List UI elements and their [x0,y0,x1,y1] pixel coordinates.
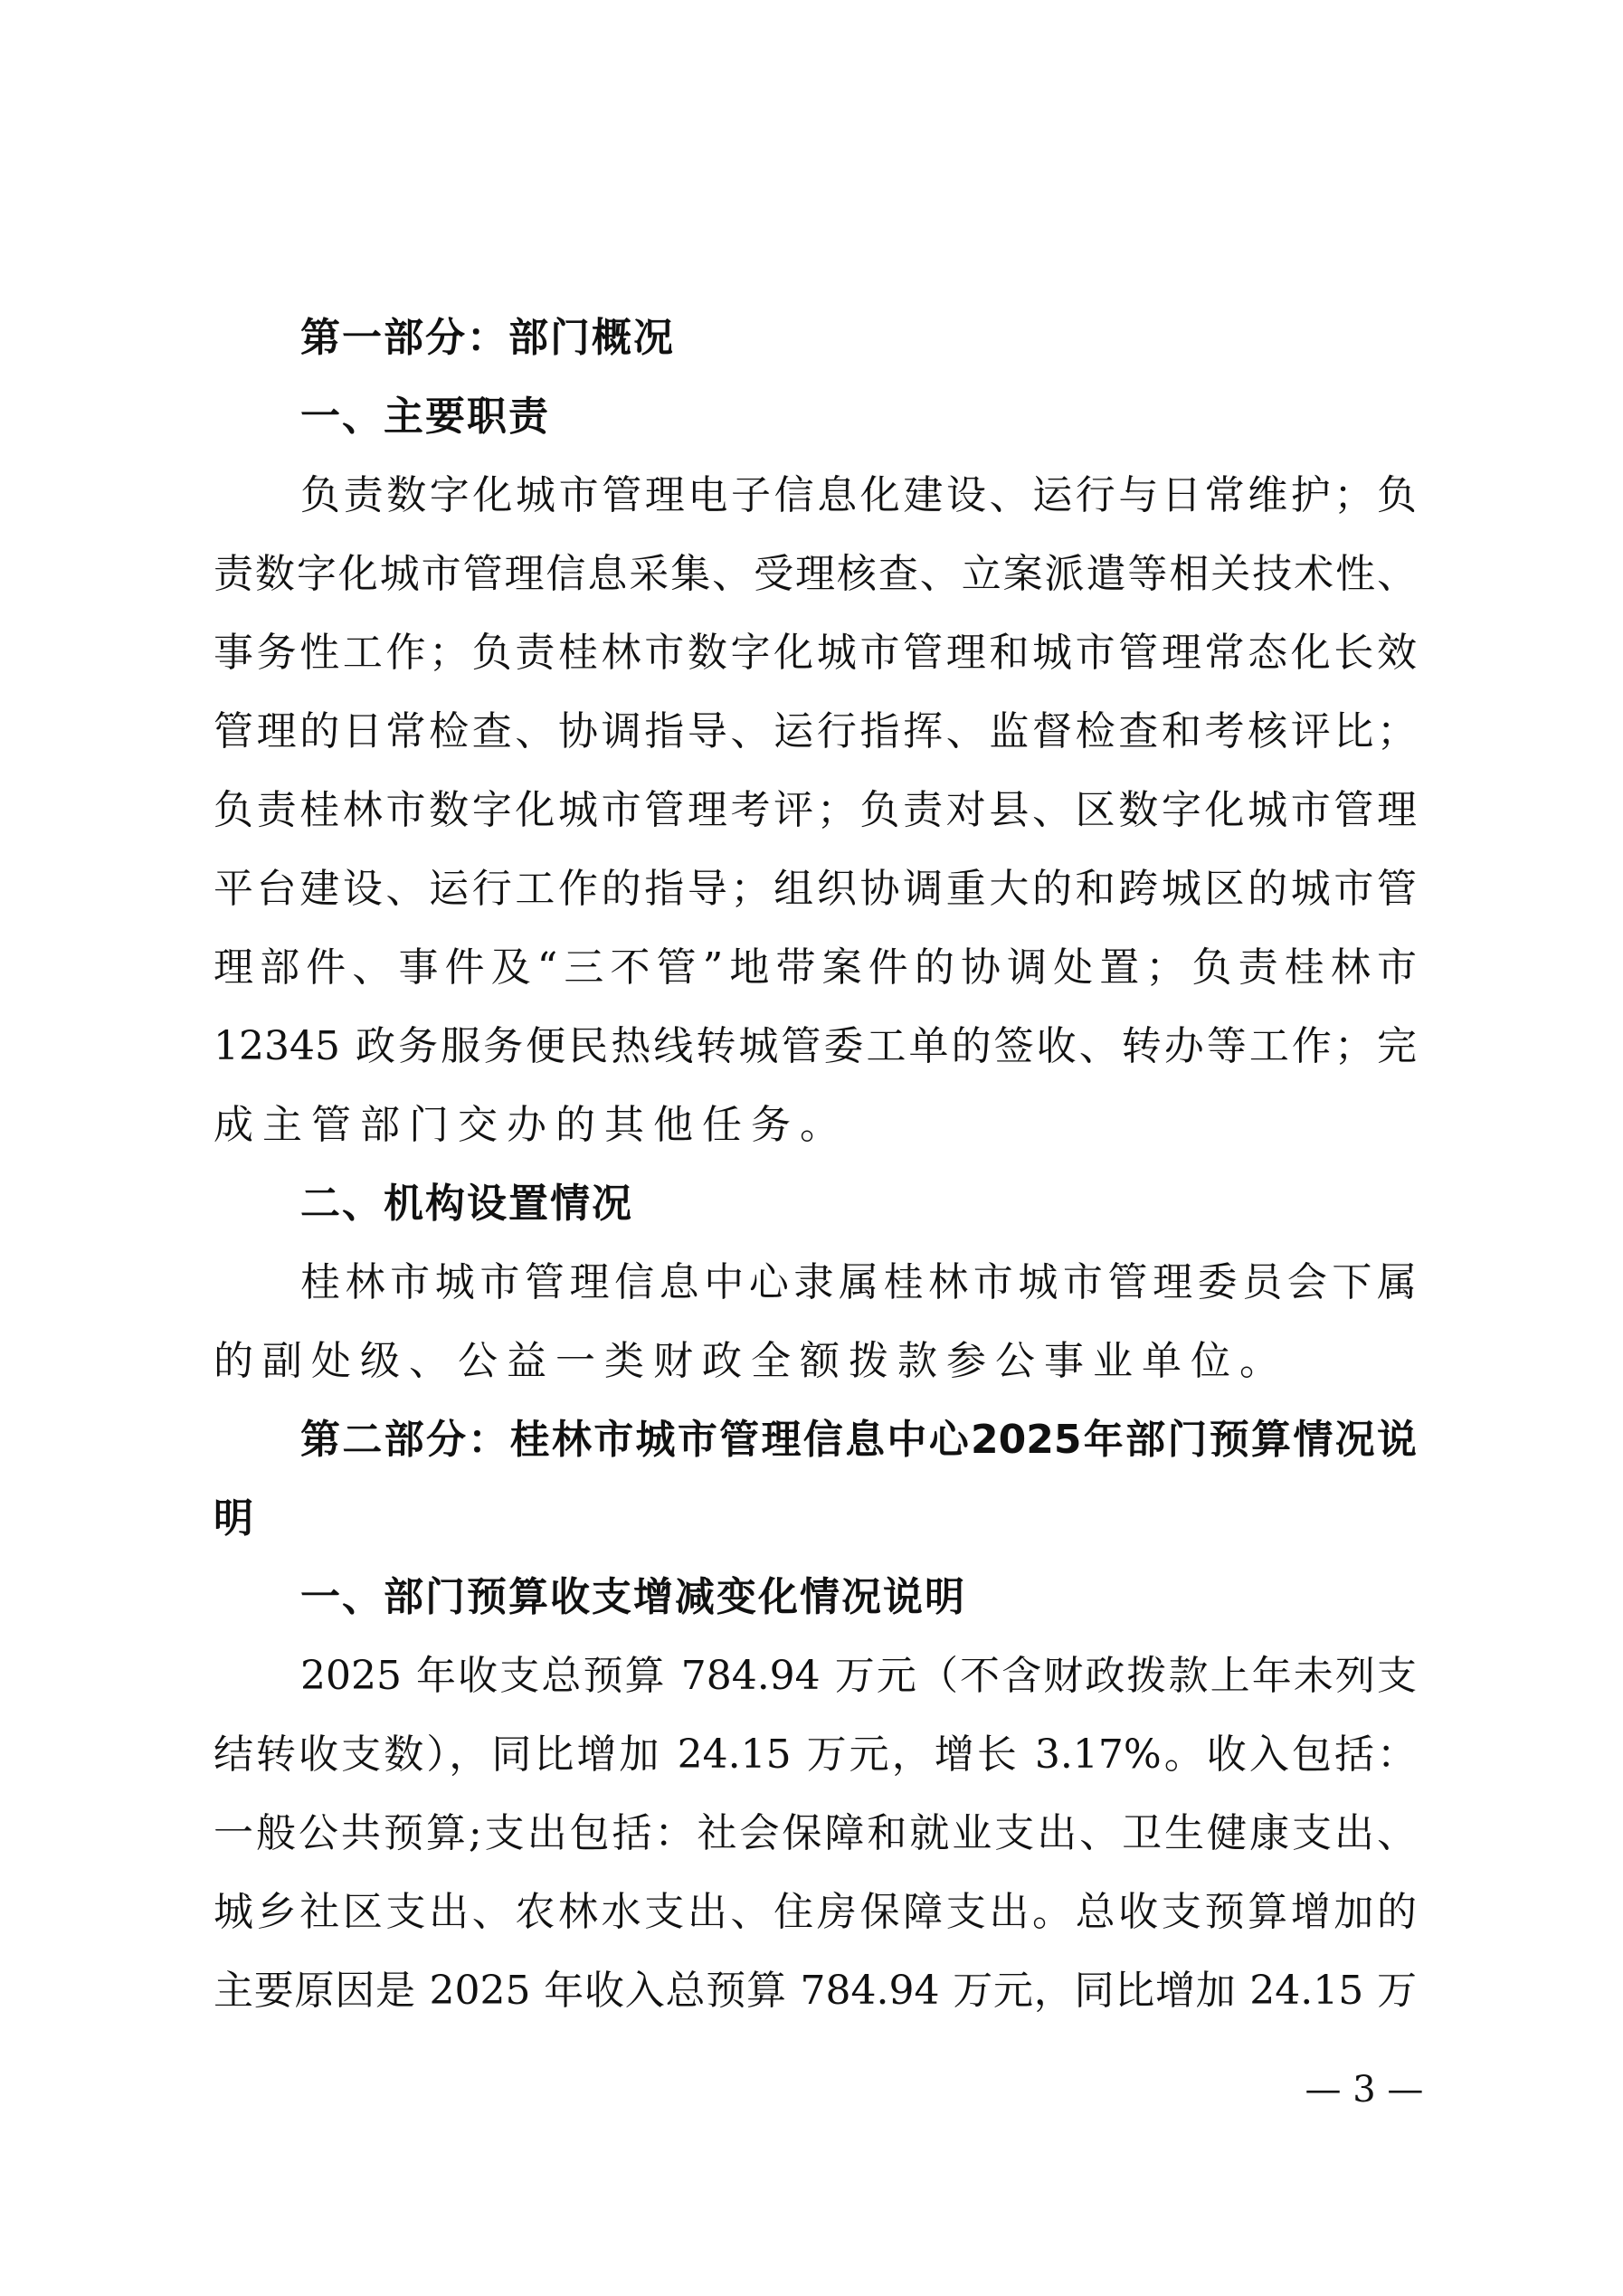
paragraph-line: 平台建设、运行工作的指导；组织协调重大的和跨城区的城市管 [214,849,1417,928]
part2-heading: 第二部分：桂林市城市管理信息中心2025年部门预算情况说 [214,1400,1417,1479]
paragraph-line: 城乡社区支出、农林水支出、住房保障支出。总收支预算增加的 [214,1873,1417,1951]
paragraph-line: 12345 政务服务便民热线转城管委工单的签收、转办等工作；完 [214,1007,1417,1086]
paragraph-line: 2025 年收支总预算 784.94 万元（不含财政拨款上年未列支 [214,1637,1417,1715]
paragraph-line: 管理的日常检查、协调指导、运行指挥、监督检查和考核评比； [214,692,1417,771]
part2-heading-continued: 明 [214,1479,1417,1558]
paragraph-line: 事务性工作；负责桂林市数字化城市管理和城市管理常态化长效 [214,613,1417,692]
paragraph-line: 负责数字化城市管理电子信息化建设、运行与日常维护；负 [214,456,1417,535]
paragraph-line-last: 的副处级、公益一类财政全额拨款参公事业单位。 [214,1322,1417,1400]
part1-heading: 第一部分：部门概况 [214,299,1417,377]
section-heading-organization: 二、机构设置情况 [214,1164,1417,1243]
paragraph-line: 一般公共预算;支出包括：社会保障和就业支出、卫生健康支出、 [214,1794,1417,1873]
paragraph-line: 主要原因是 2025 年收入总预算 784.94 万元，同比增加 24.15 万 [214,1951,1417,2030]
section-heading-budget-changes: 一、部门预算收支增减变化情况说明 [214,1558,1417,1637]
paragraph-line: 负责桂林市数字化城市管理考评；负责对县、区数字化城市管理 [214,771,1417,849]
document-page: 第一部分：部门概况 一、主要职责 负责数字化城市管理电子信息化建设、运行与日常维… [214,299,1417,2030]
paragraph-line: 结转收支数），同比增加 24.15 万元，增长 3.17%。收入包括： [214,1715,1417,1794]
paragraph-line: 责数字化城市管理信息采集、受理核查、立案派遣等相关技术性、 [214,535,1417,613]
paragraph-line-last: 成主管部门交办的其他任务。 [214,1086,1417,1164]
section-heading-main-duties: 一、主要职责 [214,377,1417,456]
paragraph-line: 桂林市城市管理信息中心隶属桂林市城市管理委员会下属 [214,1243,1417,1322]
page-number: — 3 — [1274,2063,1455,2117]
paragraph-line: 理部件、事件及“三不管”地带案件的协调处置；负责桂林市 [214,928,1417,1007]
